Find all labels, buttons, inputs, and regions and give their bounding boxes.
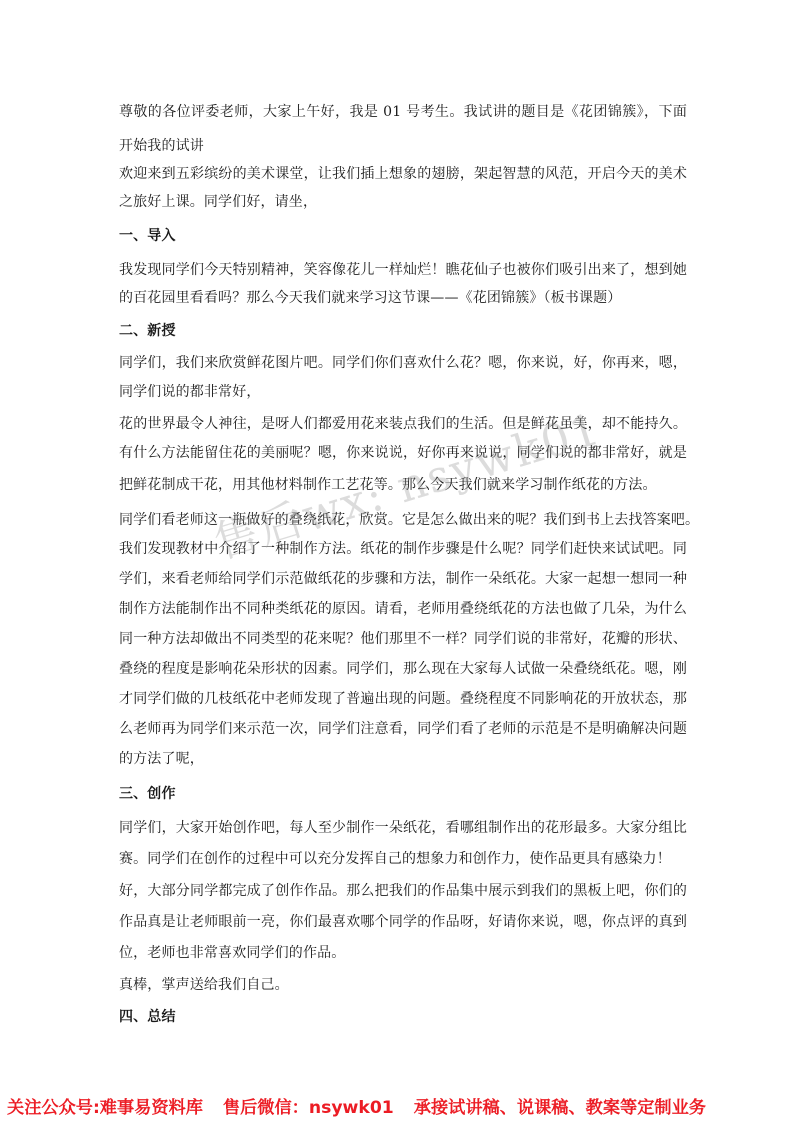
section-heading: 一、导入 bbox=[119, 222, 176, 250]
paragraph-line: 欢迎来到五彩缤纷的美术课堂，让我们插上想象的翅膀，架起智慧的风范，开启今天的美术 bbox=[119, 160, 687, 188]
paragraph-line: 尊敬的各位评委老师，大家上午好，我是 01 号考生。我试讲的题目是《花团锦簇》，… bbox=[119, 98, 687, 126]
paragraph-line: 才同学们做的几枝纸花中老师发现了普遍出现的问题。叠绕程度不同影响花的开放状态，那 bbox=[119, 685, 687, 713]
paragraph-line: 同学们，我们来欣赏鲜花图片吧。同学们你们喜欢什么花？嗯，你来说，好，你再来，嗯， bbox=[119, 349, 687, 377]
section-heading: 四、总结 bbox=[119, 1003, 176, 1031]
paragraph-line: 开始我的试讲 bbox=[119, 132, 204, 160]
paragraph-line: 真棒，掌声送给我们自己。 bbox=[119, 971, 289, 999]
paragraph-line: 么老师再为同学们来示范一次，同学们注意看，同学们看了老师的示范是不是明确解决问题 bbox=[119, 715, 687, 743]
paragraph-line: 同一种方法却做出不同类型的花来呢？他们那里不一样？同学们说的非常好，花瓣的形状、 bbox=[119, 625, 687, 653]
paragraph-line: 花的世界最令人神往，是呀人们都爱用花来装点我们的生活。但是鲜花虽美，却不能持久。 bbox=[119, 410, 687, 438]
paragraph-line: 我发现同学们今天特别精神，笑容像花儿一样灿烂！瞧花仙子也被你们吸引出来了，想到她 bbox=[119, 256, 687, 284]
paragraph-line: 同学们看老师这一瓶做好的叠绕纸花，欣赏。它是怎么做出来的呢？我们到书上去找答案吧… bbox=[119, 506, 687, 534]
section-heading: 三、创作 bbox=[119, 780, 176, 808]
paragraph-line: 制作方法能制作出不同种类纸花的原因。请看，老师用叠绕纸花的方法也做了几朵，为什么 bbox=[119, 595, 687, 623]
paragraph-line: 学们，来看老师给同学们示范做纸花的步骤和方法，制作一朵纸花。大家一起想一想同一种 bbox=[119, 565, 687, 593]
paragraph-line: 赛。同学们在创作的过程中可以充分发挥自己的想象力和创作力，使作品更具有感染力！ bbox=[119, 845, 671, 873]
paragraph-line: 同学们，大家开始创作吧，每人至少制作一朵纸花，看哪组制作出的花形最多。大家分组比 bbox=[119, 814, 687, 842]
footer-wechat-account: 关注公众号:难事易资料库 bbox=[7, 1098, 203, 1118]
footer-custom-service: 承接试讲稿、说课稿、教案等定制业务 bbox=[414, 1098, 706, 1118]
paragraph-line: 的百花园里看看吗？那么今天我们就来学习这节课——《花团锦簇》（板书课题） bbox=[119, 284, 621, 312]
paragraph-line: 叠绕的程度是影响花朵形状的因素。同学们，那么现在大家每人试做一朵叠绕纸花。嗯，刚 bbox=[119, 655, 687, 683]
footer-banner: 关注公众号:难事易资料库 售后微信：nsywk01 承接试讲稿、说课稿、教案等定… bbox=[0, 1094, 793, 1122]
paragraph-line: 有什么方法能留住花的美丽呢？嗯，你来说说，好你再来说说，同学们说的都非常好，就是 bbox=[119, 439, 687, 467]
section-heading: 二、新授 bbox=[119, 317, 176, 345]
paragraph-line: 把鲜花制成干花，用其他材料制作工艺花等。那么今天我们就来学习制作纸花的方法。 bbox=[119, 471, 657, 499]
footer-aftersales-wechat: 售后微信：nsywk01 bbox=[223, 1098, 394, 1118]
paragraph-line: 作品真是让老师眼前一亮，你们最喜欢哪个同学的作品呀，好请你来说，嗯，你点评的真到 bbox=[119, 908, 687, 936]
paragraph-line: 的方法了呢， bbox=[119, 745, 204, 773]
paragraph-line: 位，老师也非常喜欢同学们的作品。 bbox=[119, 939, 345, 967]
paragraph-line: 同学们说的都非常好， bbox=[119, 378, 261, 406]
paragraph-line: 之旅好上课。同学们好，请坐， bbox=[119, 188, 317, 216]
paragraph-line: 好，大部分同学都完成了创作作品。那么把我们的作品集中展示到我们的黑板上吧，你们的 bbox=[119, 877, 687, 905]
paragraph-line: 我们发现教材中介绍了一种制作方法。纸花的制作步骤是什么呢？同学们赶快来试试吧。同 bbox=[119, 535, 687, 563]
